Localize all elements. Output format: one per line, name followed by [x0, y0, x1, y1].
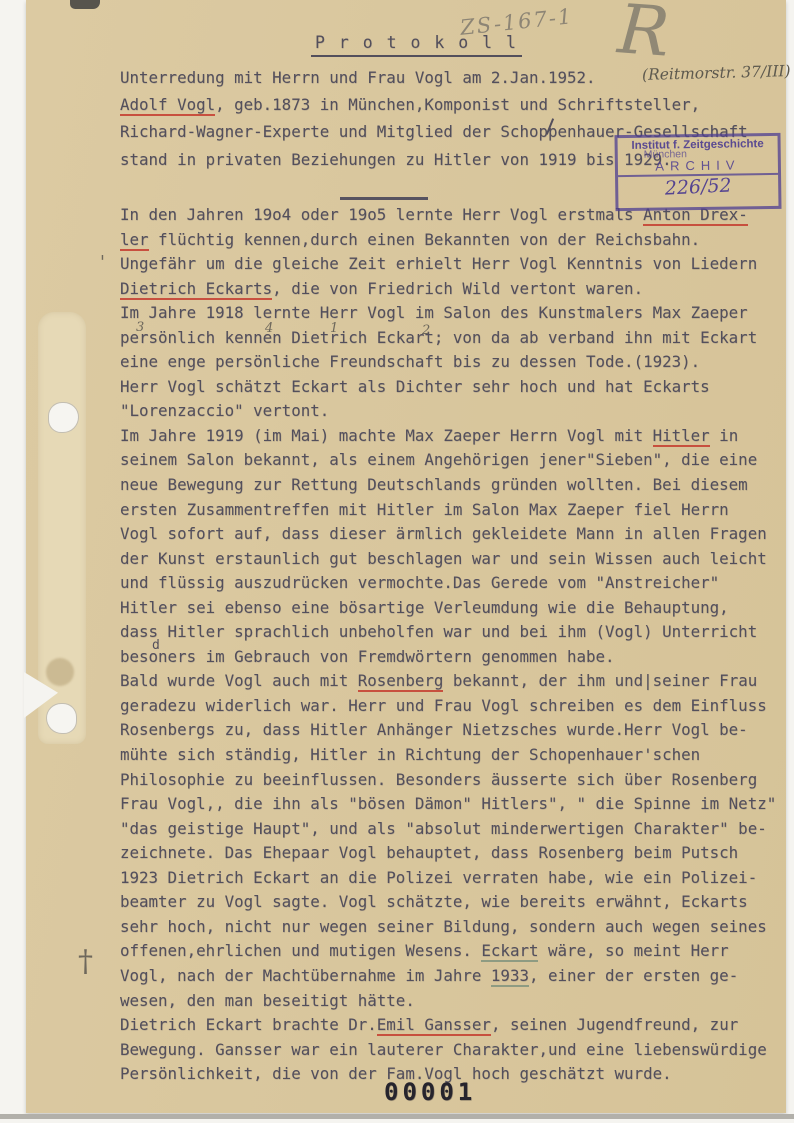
handwritten-r-mark: R: [615, 0, 672, 73]
typed-text: der Kunst erstaunlich gut beschlagen war…: [120, 549, 767, 568]
typed-text: Im Jahre 1919 (im Mai) machte Max Zaeper…: [120, 426, 653, 445]
text-line: der Kunst erstaunlich gut beschlagen war…: [120, 547, 776, 572]
typed-text: Vogl sofort auf, dass dieser ärmlich gek…: [120, 524, 767, 543]
typed-text: Bewegung. Gansser war ein lauterer Chara…: [120, 1040, 767, 1059]
stamp-archiv-line: ARCHIV: [618, 157, 778, 174]
typed-text: "das geistige Haupt", und als "absolut m…: [120, 819, 767, 838]
typed-text: ersten Zusammentreffen mit Hitler im Sal…: [120, 500, 729, 519]
text-line: "Lorenzaccio" vertont.: [120, 399, 776, 424]
text-line: persönlich kennen Dietrich Eckart; von d…: [120, 326, 776, 351]
typed-text: wäre, so meint Herr: [538, 941, 728, 960]
typed-text: Unterredung mit Herrn und Frau Vogl am 2…: [120, 68, 596, 87]
typed-text: dass Hitler sprachlich unbeholfen war un…: [120, 622, 757, 641]
text-line: ersten Zusammentreffen mit Hitler im Sal…: [120, 498, 776, 523]
reorder-mark-3: 1: [330, 321, 338, 336]
typed-text: stand in privaten Beziehungen zu Hitler …: [120, 150, 672, 169]
text-line: neue Bewegung zur Rettung Deutschlands g…: [120, 473, 776, 498]
underlined-text: Eckart: [481, 941, 538, 962]
text-line: geradezu widerlich war. Herr und Frau Vo…: [120, 694, 776, 719]
text-line: Herr Vogl schätzt Eckart als Dichter seh…: [120, 375, 776, 400]
text-line: zeichnete. Das Ehepaar Vogl behauptet, d…: [120, 841, 776, 866]
text-line: 1923 Dietrich Eckart an die Polizei verr…: [120, 866, 776, 891]
text-line: Vogl sofort auf, dass dieser ärmlich gek…: [120, 522, 776, 547]
text-line: Dietrich Eckarts, die von Friedrich Wild…: [120, 277, 776, 302]
typed-text: geradezu widerlich war. Herr und Frau Vo…: [120, 696, 767, 715]
typed-text: neue Bewegung zur Rettung Deutschlands g…: [120, 475, 748, 494]
inserted-letter-d: d: [152, 638, 160, 653]
text-line: ler flüchtig kennen,durch einen Bekannte…: [120, 228, 776, 253]
underlined-text: 1933: [491, 966, 529, 987]
reorder-mark-1: 3: [136, 320, 144, 335]
text-line: mühte sich ständig, Hitler in Richtung d…: [120, 743, 776, 768]
text-line: beamter zu Vogl sagte. Vogl schätzte, wi…: [120, 890, 776, 915]
text-line: dass Hitler sprachlich unbeholfen war un…: [120, 620, 776, 645]
underlined-text: Adolf Vogl: [120, 95, 215, 116]
typed-text: , seinen Jugendfreund, zur: [491, 1015, 738, 1034]
document-page: P r o t o k o l l Unterredung mit Herrn …: [26, 0, 786, 1113]
typed-text: Philosophie zu beeinflussen. Besonders ä…: [120, 770, 757, 789]
text-line: Vogl, nach der Machtübernahme im Jahre 1…: [120, 964, 776, 989]
text-line: Bald wurde Vogl auch mit Rosenberg bekan…: [120, 669, 776, 694]
text-line: "das geistige Haupt", und als "absolut m…: [120, 817, 776, 842]
text-line: Frau Vogl,, die ihn als "bösen Dämon" Hi…: [120, 792, 776, 817]
typed-text: Ungefähr um die gleiche Zeit erhielt Her…: [120, 254, 757, 273]
typed-text: 1923 Dietrich Eckart an die Polizei verr…: [120, 868, 757, 887]
typed-text: "Lorenzaccio" vertont.: [120, 401, 329, 420]
hole-ghost-mark: [46, 658, 74, 686]
scan-edge-band: [0, 1114, 794, 1119]
text-line: Bewegung. Gansser war ein lauterer Chara…: [120, 1038, 776, 1063]
typed-text: Bald wurde Vogl auch mit: [120, 671, 358, 690]
margin-cross-mark: †: [78, 944, 93, 979]
typed-text: seinem Salon bekannt, als einem Angehöri…: [120, 450, 757, 469]
underlined-text: ler: [120, 230, 149, 251]
text-line: Im Jahre 1919 (im Mai) machte Max Zaeper…: [120, 424, 776, 449]
typed-text: Herr Vogl schätzt Eckart als Dichter seh…: [120, 377, 710, 396]
text-line: Rosenbergs zu, dass Hitler Anhänger Niet…: [120, 718, 776, 743]
typed-text: Vogl, nach der Machtübernahme im Jahre: [120, 966, 491, 985]
body-text: In den Jahren 19o4 oder 19o5 lernte Herr…: [120, 203, 776, 1087]
typed-text: besoners im Gebrauch von Fremdwörtern ge…: [120, 647, 615, 666]
separator-line: [340, 197, 428, 200]
archive-stamp: Institut f. Zeitgeschichte München ARCHI…: [614, 133, 781, 211]
typed-text: In den Jahren 19o4 oder 19o5 lernte Herr…: [120, 205, 643, 224]
text-line: offenen,ehrlichen und mutigen Wesens. Ec…: [120, 939, 776, 964]
text-line: sehr hoch, nicht nur wegen seiner Bildun…: [120, 915, 776, 940]
text-line: Dietrich Eckart brachte Dr.Emil Gansser,…: [120, 1013, 776, 1038]
text-line: Hitler sei ebenso eine bösartige Verleum…: [120, 596, 776, 621]
page-number-stamp: 00001: [384, 1078, 476, 1106]
typed-text: mühte sich ständig, Hitler in Richtung d…: [120, 745, 700, 764]
text-line: und flüssig auszudrücken vermochte.Das G…: [120, 571, 776, 596]
text-line: Adolf Vogl, geb.1873 in München,Komponis…: [120, 91, 748, 118]
typed-text: in: [710, 426, 739, 445]
underlined-text: Emil Gansser: [377, 1015, 491, 1036]
typed-text: Im Jahre 1918 lernte Herr Vogl im Salon …: [120, 303, 748, 322]
typed-text: offenen,ehrlichen und mutigen Wesens.: [120, 941, 481, 960]
typed-text: flüchtig kennen,durch einen Bekannten vo…: [149, 230, 701, 249]
typed-text: Rosenbergs zu, dass Hitler Anhänger Niet…: [120, 720, 748, 739]
typed-text: persönlich kennen Dietrich Eckart; von d…: [120, 328, 757, 347]
text-line: Im Jahre 1918 lernte Herr Vogl im Salon …: [120, 301, 776, 326]
text-line: Ungefähr um die gleiche Zeit erhielt Her…: [120, 252, 776, 277]
typed-text: Frau Vogl,, die ihn als "bösen Dämon" Hi…: [120, 794, 776, 813]
typed-text: wesen, den man beseitigt hätte.: [120, 991, 415, 1010]
reorder-mark-4: 2: [422, 323, 430, 338]
underlined-text: Hitler: [653, 426, 710, 447]
margin-tick-mark: ': [100, 252, 105, 273]
typed-text: , geb.1873 in München,Komponist und Schr…: [215, 95, 700, 114]
reorder-mark-2: 4: [265, 321, 273, 336]
typed-text: Hitler sei ebenso eine bösartige Verleum…: [120, 598, 729, 617]
text-line: Philosophie zu beeinflussen. Besonders ä…: [120, 768, 776, 793]
punch-hole-bottom: [46, 703, 77, 734]
underlined-text: Rosenberg: [358, 671, 444, 692]
typed-text: bekannt, der ihm und|seiner Frau: [443, 671, 757, 690]
text-line: seinem Salon bekannt, als einem Angehöri…: [120, 448, 776, 473]
typed-text: und flüssig auszudrücken vermochte.Das G…: [120, 573, 719, 592]
typed-text: beamter zu Vogl sagte. Vogl schätzte, wi…: [120, 892, 748, 911]
typed-text: Dietrich Eckart brachte Dr.: [120, 1015, 377, 1034]
typed-text: eine enge persönliche Freundschaft bis z…: [120, 352, 700, 371]
text-line: besoners im Gebrauch von Fremdwörtern ge…: [120, 645, 776, 670]
text-line: wesen, den man beseitigt hätte.: [120, 989, 776, 1014]
text-line: eine enge persönliche Freundschaft bis z…: [120, 350, 776, 375]
scan-smudge: [70, 0, 100, 9]
typed-text: zeichnete. Das Ehepaar Vogl behauptet, d…: [120, 843, 738, 862]
typed-text: sehr hoch, nicht nur wegen seiner Bildun…: [120, 917, 767, 936]
typed-text: , einer der ersten ge-: [529, 966, 738, 985]
typed-text: , die von Friedrich Wild vertont waren.: [272, 279, 643, 298]
underlined-text: Dietrich Eckarts: [120, 279, 272, 300]
